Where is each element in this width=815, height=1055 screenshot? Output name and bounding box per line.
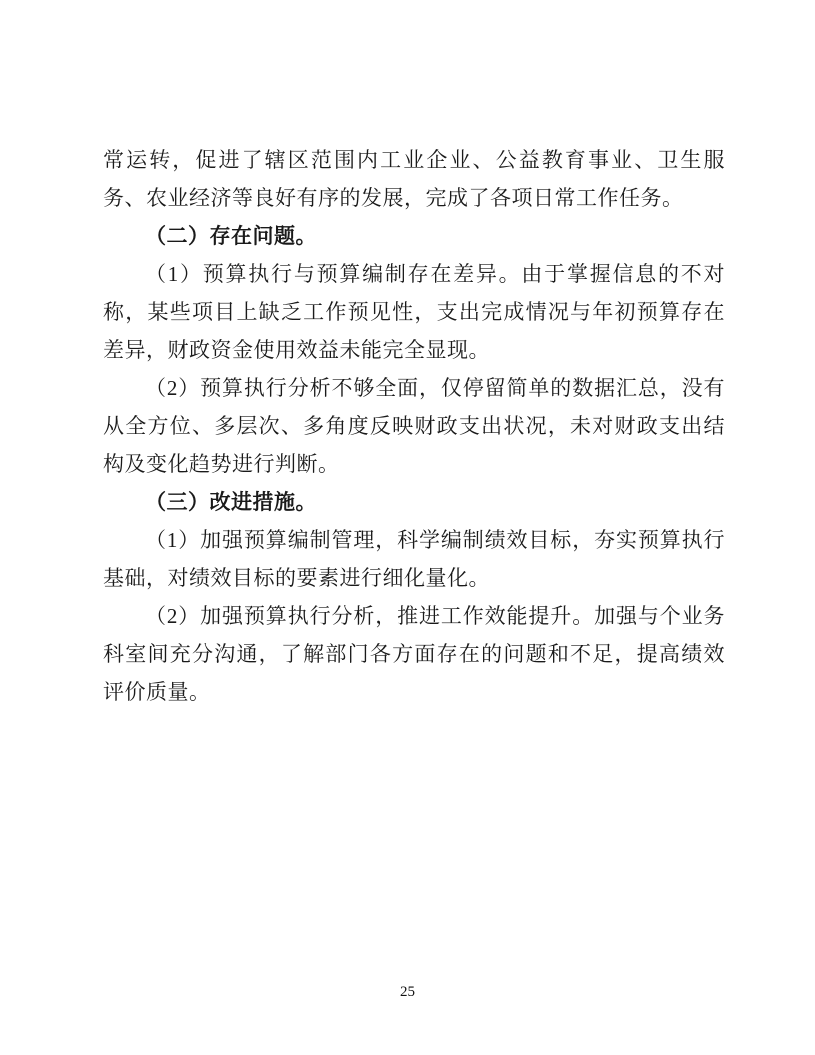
paragraph-continuation: 常运转，促进了辖区范围内工业企业、公益教育事业、卫生服务、农业经济等良好有序的发… bbox=[103, 141, 725, 217]
section-heading-problems: （二）存在问题。 bbox=[103, 217, 725, 255]
page-number: 25 bbox=[0, 983, 815, 1001]
paragraph-improvement-1: （1）加强预算编制管理，科学编制绩效目标，夯实预算执行基础，对绩效目标的要素进行… bbox=[103, 521, 725, 597]
paragraph-improvement-2: （2）加强预算执行分析，推进工作效能提升。加强与个业务科室间充分沟通，了解部门各… bbox=[103, 597, 725, 711]
section-heading-improvements: （三）改进措施。 bbox=[103, 483, 725, 521]
page-content: 常运转，促进了辖区范围内工业企业、公益教育事业、卫生服务、农业经济等良好有序的发… bbox=[103, 141, 725, 711]
paragraph-problem-1: （1）预算执行与预算编制存在差异。由于掌握信息的不对称，某些项目上缺乏工作预见性… bbox=[103, 255, 725, 369]
document-page: 常运转，促进了辖区范围内工业企业、公益教育事业、卫生服务、农业经济等良好有序的发… bbox=[0, 0, 815, 1055]
paragraph-problem-2: （2）预算执行分析不够全面，仅停留简单的数据汇总，没有从全方位、多层次、多角度反… bbox=[103, 369, 725, 483]
